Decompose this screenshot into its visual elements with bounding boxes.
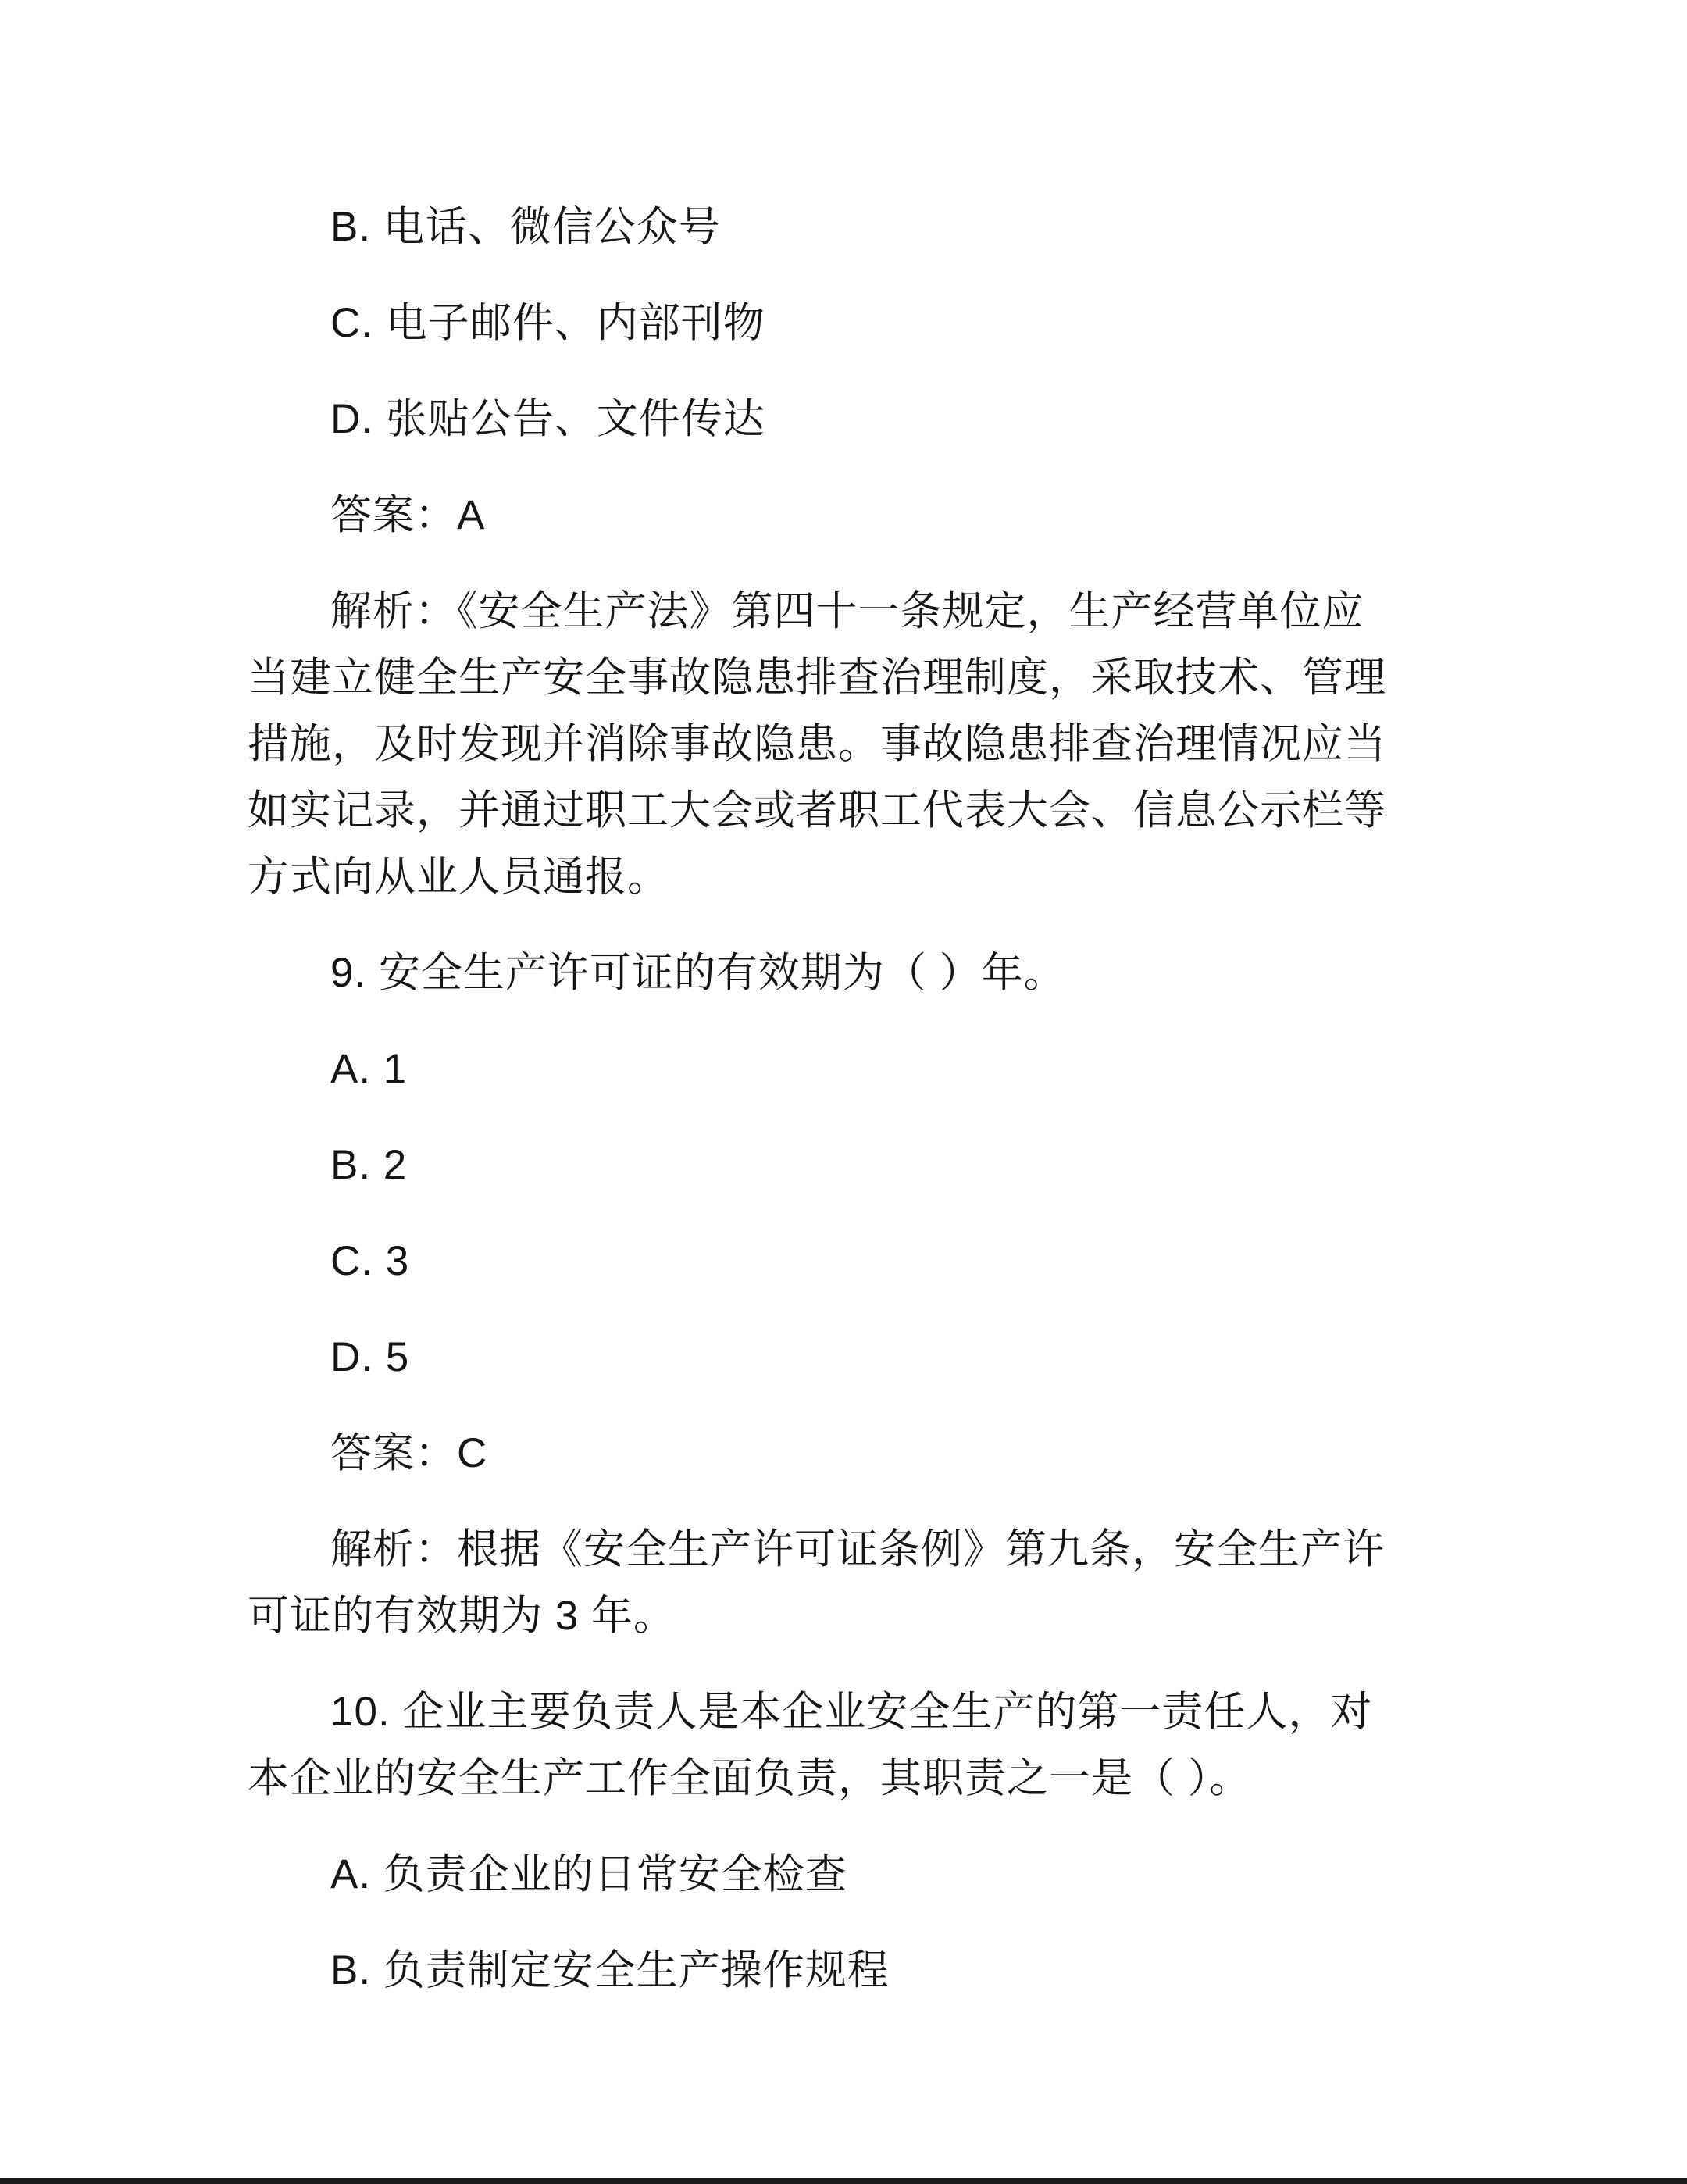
option-text: B. 负责制定安全生产操作规程 bbox=[248, 1937, 1461, 2004]
option-text: B. 2 bbox=[248, 1132, 1461, 1198]
q9-option-b: B. 2 bbox=[248, 1132, 1461, 1198]
document-content: B. 电话、微信公众号 C. 电子邮件、内部刊物 D. 张贴公告、文件传达 答案… bbox=[0, 0, 1687, 2033]
q9-analysis: 解析：根据《安全生产许可证条例》第九条，安全生产许 可证的有效期为 3 年。 bbox=[248, 1516, 1461, 1649]
q10-option-b: B. 负责制定安全生产操作规程 bbox=[248, 1937, 1461, 2004]
option-text: D. 5 bbox=[248, 1324, 1461, 1390]
analysis-line: 当建立健全生产安全事故隐患排查治理制度，采取技术、管理 bbox=[248, 644, 1461, 711]
analysis-line: 解析：根据《安全生产许可证条例》第九条，安全生产许 bbox=[248, 1516, 1461, 1583]
q8-option-b: B. 电话、微信公众号 bbox=[248, 194, 1461, 260]
option-text: D. 张贴公告、文件传达 bbox=[248, 386, 1461, 452]
option-text: A. 1 bbox=[248, 1036, 1461, 1102]
q8-analysis: 解析：《安全生产法》第四十一条规定，生产经营单位应 当建立健全生产安全事故隐患排… bbox=[248, 578, 1461, 910]
option-text: A. 负责企业的日常安全检查 bbox=[248, 1841, 1461, 1907]
analysis-line: 解析：《安全生产法》第四十一条规定，生产经营单位应 bbox=[248, 578, 1461, 644]
q10-stem: 10. 企业主要负责人是本企业安全生产的第一责任人，对 本企业的安全生产工作全面… bbox=[248, 1679, 1461, 1811]
answer-text: 答案：A bbox=[248, 482, 1461, 548]
q9-option-a: A. 1 bbox=[248, 1036, 1461, 1102]
q9-answer: 答案：C bbox=[248, 1420, 1461, 1486]
question-stem-text: 本企业的安全生产工作全面负责，其职责之一是（ ）。 bbox=[248, 1745, 1461, 1811]
q10-option-a: A. 负责企业的日常安全检查 bbox=[248, 1841, 1461, 1907]
analysis-line: 可证的有效期为 3 年。 bbox=[248, 1583, 1461, 1649]
q9-stem: 9. 安全生产许可证的有效期为（ ）年。 bbox=[248, 940, 1461, 1006]
question-stem-text: 9. 安全生产许可证的有效期为（ ）年。 bbox=[248, 940, 1461, 1006]
question-stem-text: 10. 企业主要负责人是本企业安全生产的第一责任人，对 bbox=[248, 1679, 1461, 1745]
option-text: C. 电子邮件、内部刊物 bbox=[248, 290, 1461, 356]
q9-option-d: D. 5 bbox=[248, 1324, 1461, 1390]
analysis-line: 措施，及时发现并消除事故隐患。事故隐患排查治理情况应当 bbox=[248, 711, 1461, 777]
option-text: B. 电话、微信公众号 bbox=[248, 194, 1461, 260]
document-page: B. 电话、微信公众号 C. 电子邮件、内部刊物 D. 张贴公告、文件传达 答案… bbox=[0, 0, 1687, 2184]
analysis-line: 方式向从业人员通报。 bbox=[248, 844, 1461, 910]
option-text: C. 3 bbox=[248, 1228, 1461, 1294]
q8-option-d: D. 张贴公告、文件传达 bbox=[248, 386, 1461, 452]
bottom-edge-bar bbox=[0, 2178, 1687, 2184]
q8-answer: 答案：A bbox=[248, 482, 1461, 548]
answer-text: 答案：C bbox=[248, 1420, 1461, 1486]
analysis-line: 如实记录，并通过职工大会或者职工代表大会、信息公示栏等 bbox=[248, 777, 1461, 844]
q8-option-c: C. 电子邮件、内部刊物 bbox=[248, 290, 1461, 356]
q9-option-c: C. 3 bbox=[248, 1228, 1461, 1294]
